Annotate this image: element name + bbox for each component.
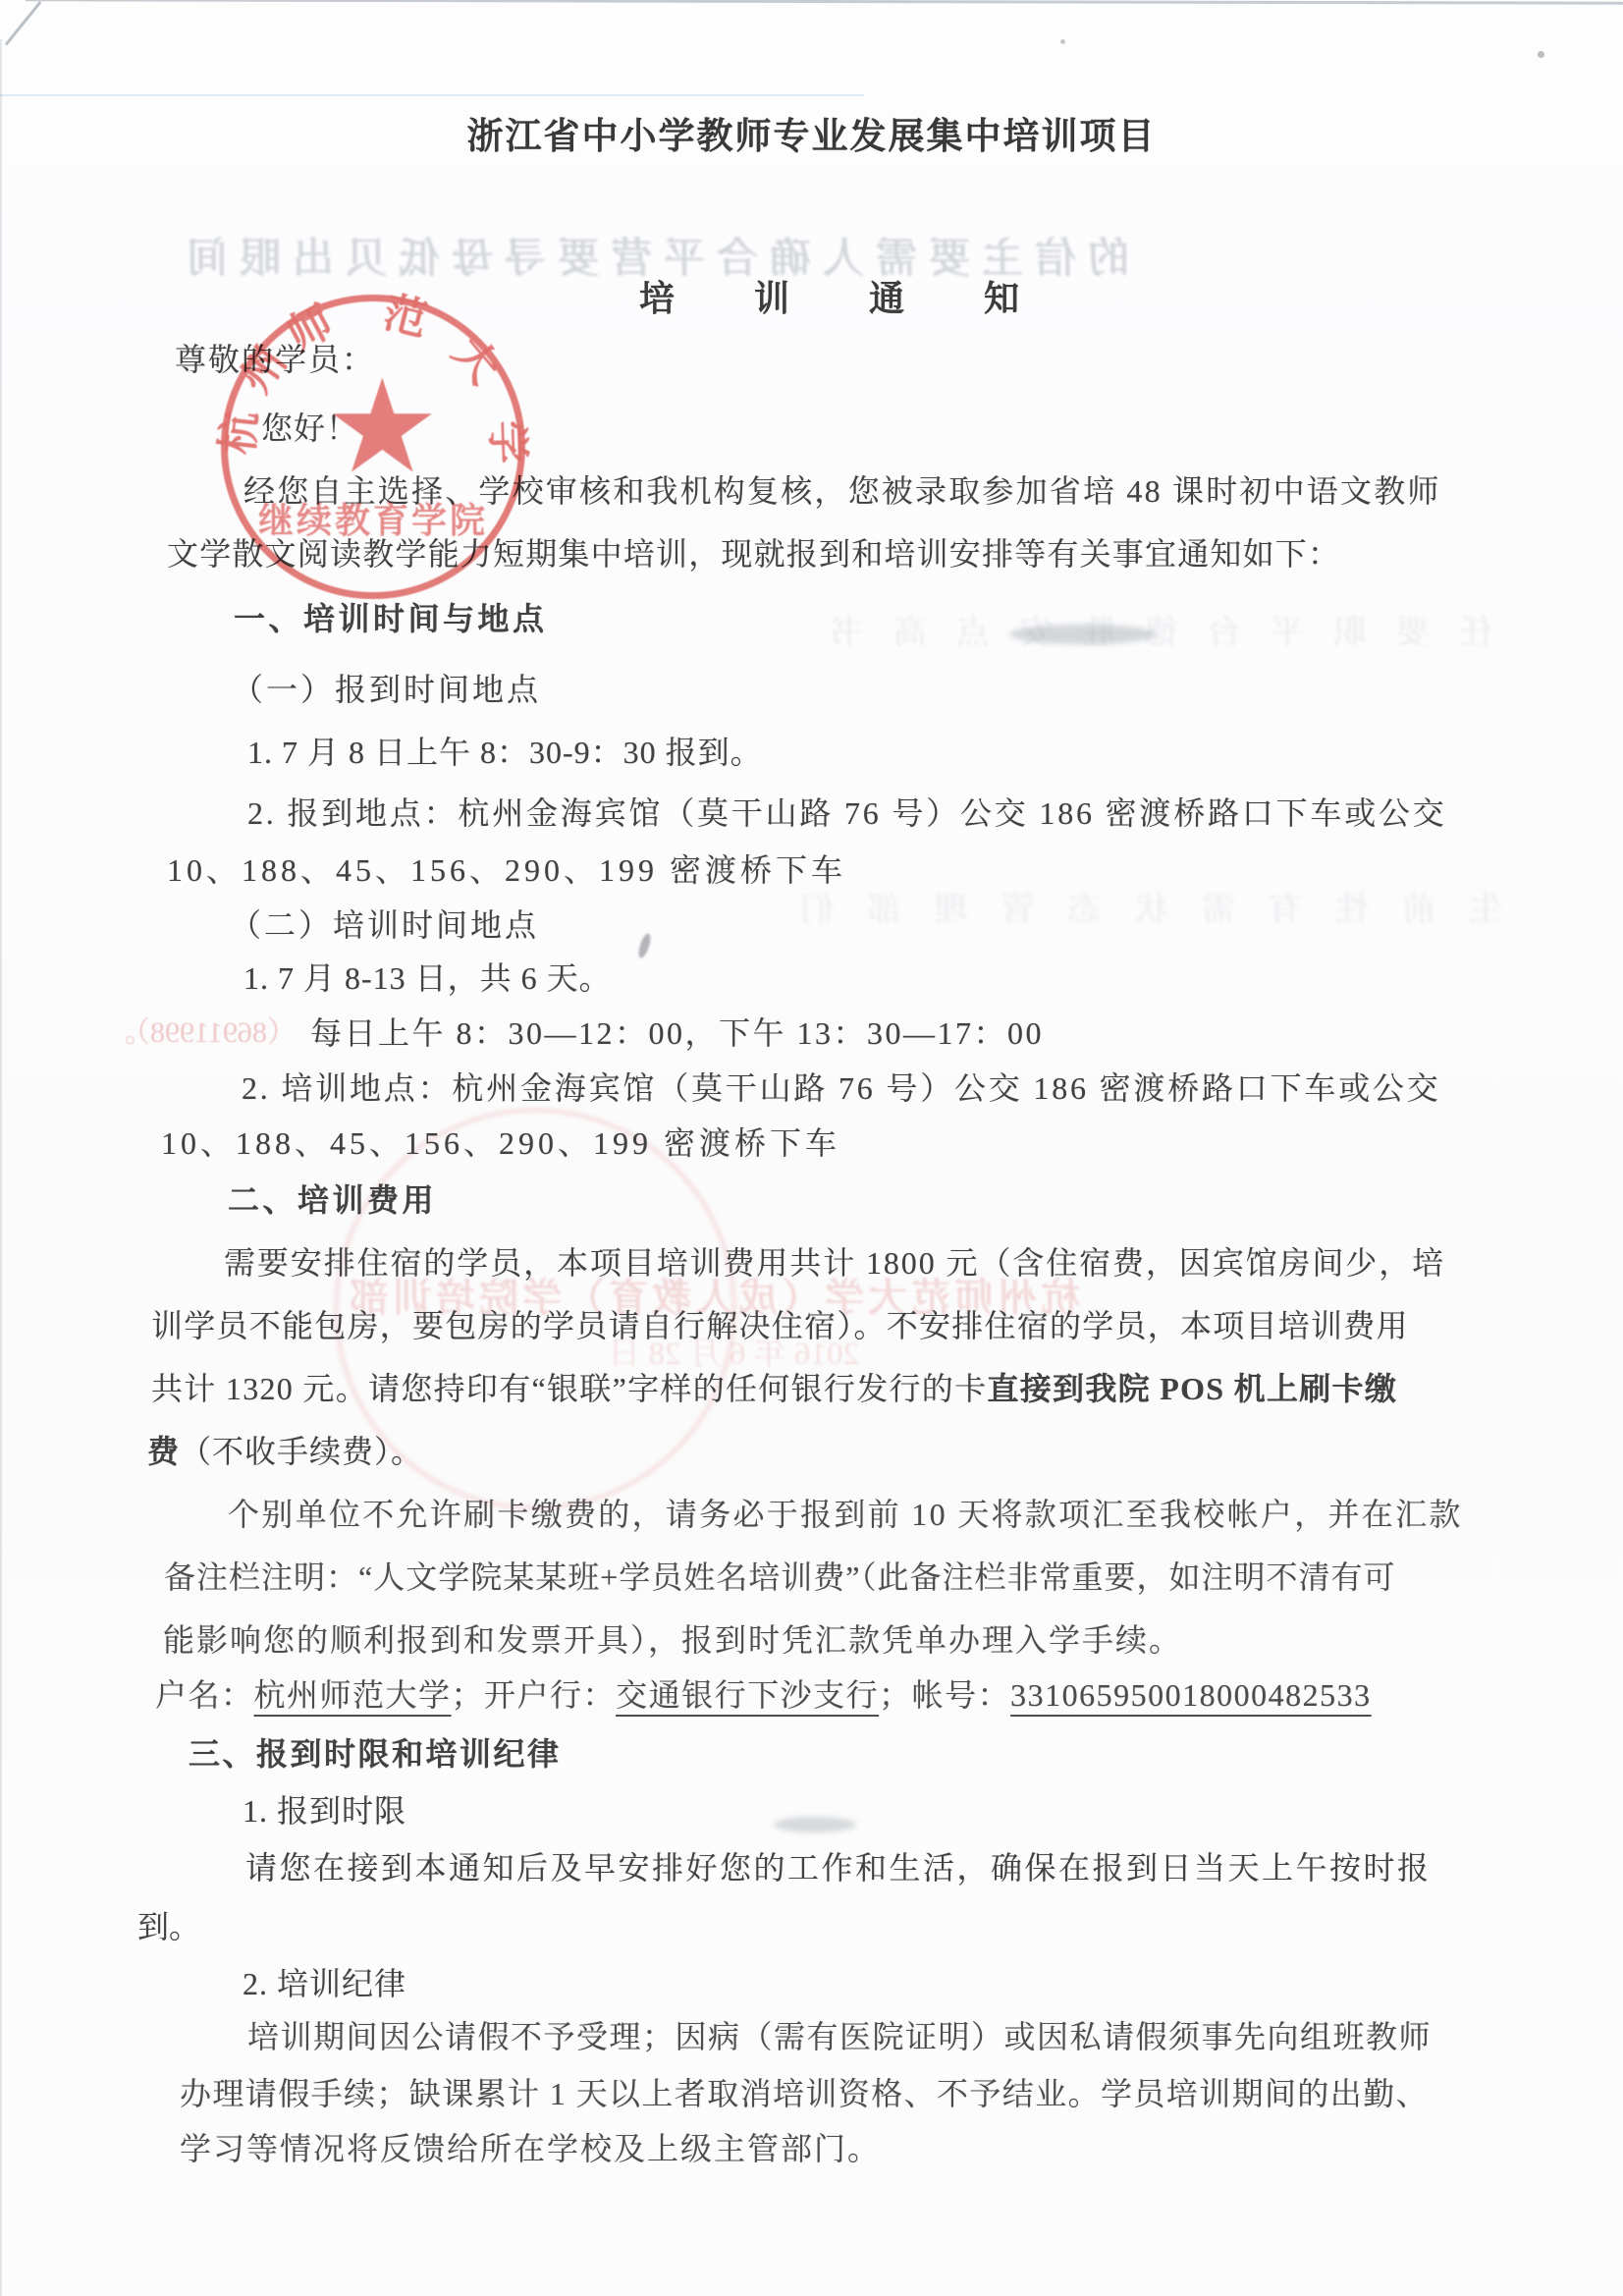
section-heading-fee: 二、培训费用	[228, 1180, 437, 1220]
seal-arc-char: 大	[445, 331, 506, 392]
pencil-smudge	[1009, 625, 1157, 644]
ink-speck	[636, 932, 653, 959]
subheading-checkin-deadline: 1. 报到时限	[243, 1791, 406, 1831]
fee-text-regular: （不收手续费）。	[180, 1434, 423, 1469]
account-name-label: 户名：	[155, 1677, 254, 1713]
subheading-discipline-rules: 2. 培训纪律	[243, 1964, 406, 2003]
checkin-place-line: 10、188、45、156、290、199 密渡桥下车	[167, 850, 846, 890]
dust-dot	[1538, 51, 1544, 58]
bleedthrough-gray-row-2: 任要职平台德胜安点高书	[550, 605, 1492, 653]
fee-paragraph-line: 需要安排住宿的学员，本项目培训费用共计 1800 元（含住宿费，因宾馆房间少，培	[224, 1243, 1445, 1283]
account-number-label: 帐号：	[912, 1677, 1011, 1713]
fee-paragraph-line: 费（不收手续费）。	[147, 1432, 423, 1471]
account-bank-label: 开户行：	[484, 1677, 616, 1713]
training-hours-line: 每日上午 8：30—12：00，下午 13：30—17：00	[310, 1013, 1044, 1053]
scan-corner-edge	[5, 1, 42, 45]
discipline-paragraph-line: 办理请假手续；缺课累计 1 天以上者取消培训资格、不予结业。学员培训期间的出勤、	[180, 2074, 1429, 2113]
salutation: 尊敬的学员：	[175, 340, 375, 379]
separator: ；	[879, 1677, 912, 1713]
account-number-value: 331065950018000482533	[1010, 1677, 1372, 1713]
section-heading-discipline: 三、报到时限和培训纪律	[189, 1734, 562, 1774]
separator: ；	[452, 1677, 485, 1713]
document-subtitle: 培 训 通 知	[0, 279, 1623, 318]
discipline-paragraph-line: 学习等情况将反馈给所在学校及上级主管部门。	[180, 2129, 881, 2168]
intro-line: 经您自主选择、学校审核和我机构复核，您被录取参加省培 48 课时初中语文教师	[243, 471, 1441, 511]
subheading-checkin: （一）报到时间地点	[232, 670, 541, 709]
discipline-paragraph-line: 培训期间因公请假不予受理；因病（需有医院证明）或因私请假须事先向组班教师	[247, 2017, 1432, 2056]
greeting: 您好！	[261, 409, 358, 448]
seal-arc-char: 学	[484, 419, 529, 465]
subheading-training: （二）培训时间地点	[230, 905, 539, 945]
training-date-line: 1. 7 月 8-13 日，共 6 天。	[243, 958, 612, 998]
scanned-page: 的信主要需人确合平营要寻母低贝出眼间 任要职平台德胜安点高书 生前性有需状态管理…	[0, 0, 1623, 2296]
fee-text-regular: 共计 1320 元。请您持印有“银联”字样的任何银行发行的卡	[151, 1371, 987, 1406]
scan-blue-line	[0, 94, 864, 96]
fee-paragraph-line: 训学员不能包房，要包房的学员请自行解决住宿）。不安排住宿的学员，本项目培训费用	[151, 1306, 1409, 1345]
intro-line: 文学散文阅读教学能力短期集中培训，现就报到和培训安排等有关事宜通知如下：	[167, 534, 1340, 574]
deadline-paragraph-line: 到。	[137, 1907, 200, 1946]
remit-paragraph-line: 个别单位不允许刷卡缴费的，请务必于报到前 10 天将款项汇至我校帐户，并在汇款	[228, 1495, 1463, 1534]
seal-arc-char: 杭	[217, 410, 264, 457]
fee-text-bold-fei: 费	[147, 1434, 180, 1469]
training-place-line: 2. 培训地点：杭州金海宾馆（莫干山路 76 号）公交 186 密渡桥路口下车或…	[242, 1068, 1441, 1108]
training-place-line: 10、188、45、156、290、199 密渡桥下车	[161, 1123, 840, 1163]
checkin-place-line: 2. 报到地点：杭州金海宾馆（莫干山路 76 号）公交 186 密渡桥路口下车或…	[247, 793, 1447, 833]
remit-paragraph-line: 能影响您的顺利报到和发票开具），报到时凭汇款凭单办理入学手续。	[163, 1620, 1182, 1660]
document-title: 浙江省中小学教师专业发展集中培训项目	[0, 118, 1623, 157]
bleedthrough-red-number: （86911998）。	[106, 1008, 297, 1051]
scan-top-edge	[26, 0, 1623, 5]
remit-paragraph-line: 备注栏注明：“人文学院某某班+学员姓名培训费”（此备注栏非常重要，如注明不清有可	[164, 1558, 1395, 1597]
pencil-smudge	[774, 1817, 856, 1832]
fee-text-bold-pos: 直接到我院 POS 机上刷卡缴	[987, 1371, 1397, 1406]
bleedthrough-gray-row-1: 的信主要需人确合平营要寻母低贝出眼间	[162, 226, 1129, 285]
section-heading-time-place: 一、培训时间与地点	[234, 599, 548, 638]
account-bank-value: 交通银行下沙支行	[616, 1677, 879, 1713]
account-name-value: 杭州师范大学	[254, 1677, 452, 1713]
fee-paragraph-line: 共计 1320 元。请您持印有“银联”字样的任何银行发行的卡直接到我院 POS …	[151, 1369, 1397, 1408]
scan-left-edge	[0, 39, 2, 2296]
bank-account-line: 户名：杭州师范大学；开户行：交通银行下沙支行；帐号：33106595001800…	[155, 1675, 1372, 1715]
dust-dot	[1060, 39, 1065, 44]
deadline-paragraph-line: 请您在接到本通知后及早安排好您的工作和生活，确保在报到日当天上午按时报	[245, 1848, 1432, 1887]
checkin-time-line: 1. 7 月 8 日上午 8：30-9：30 报到。	[247, 733, 763, 772]
